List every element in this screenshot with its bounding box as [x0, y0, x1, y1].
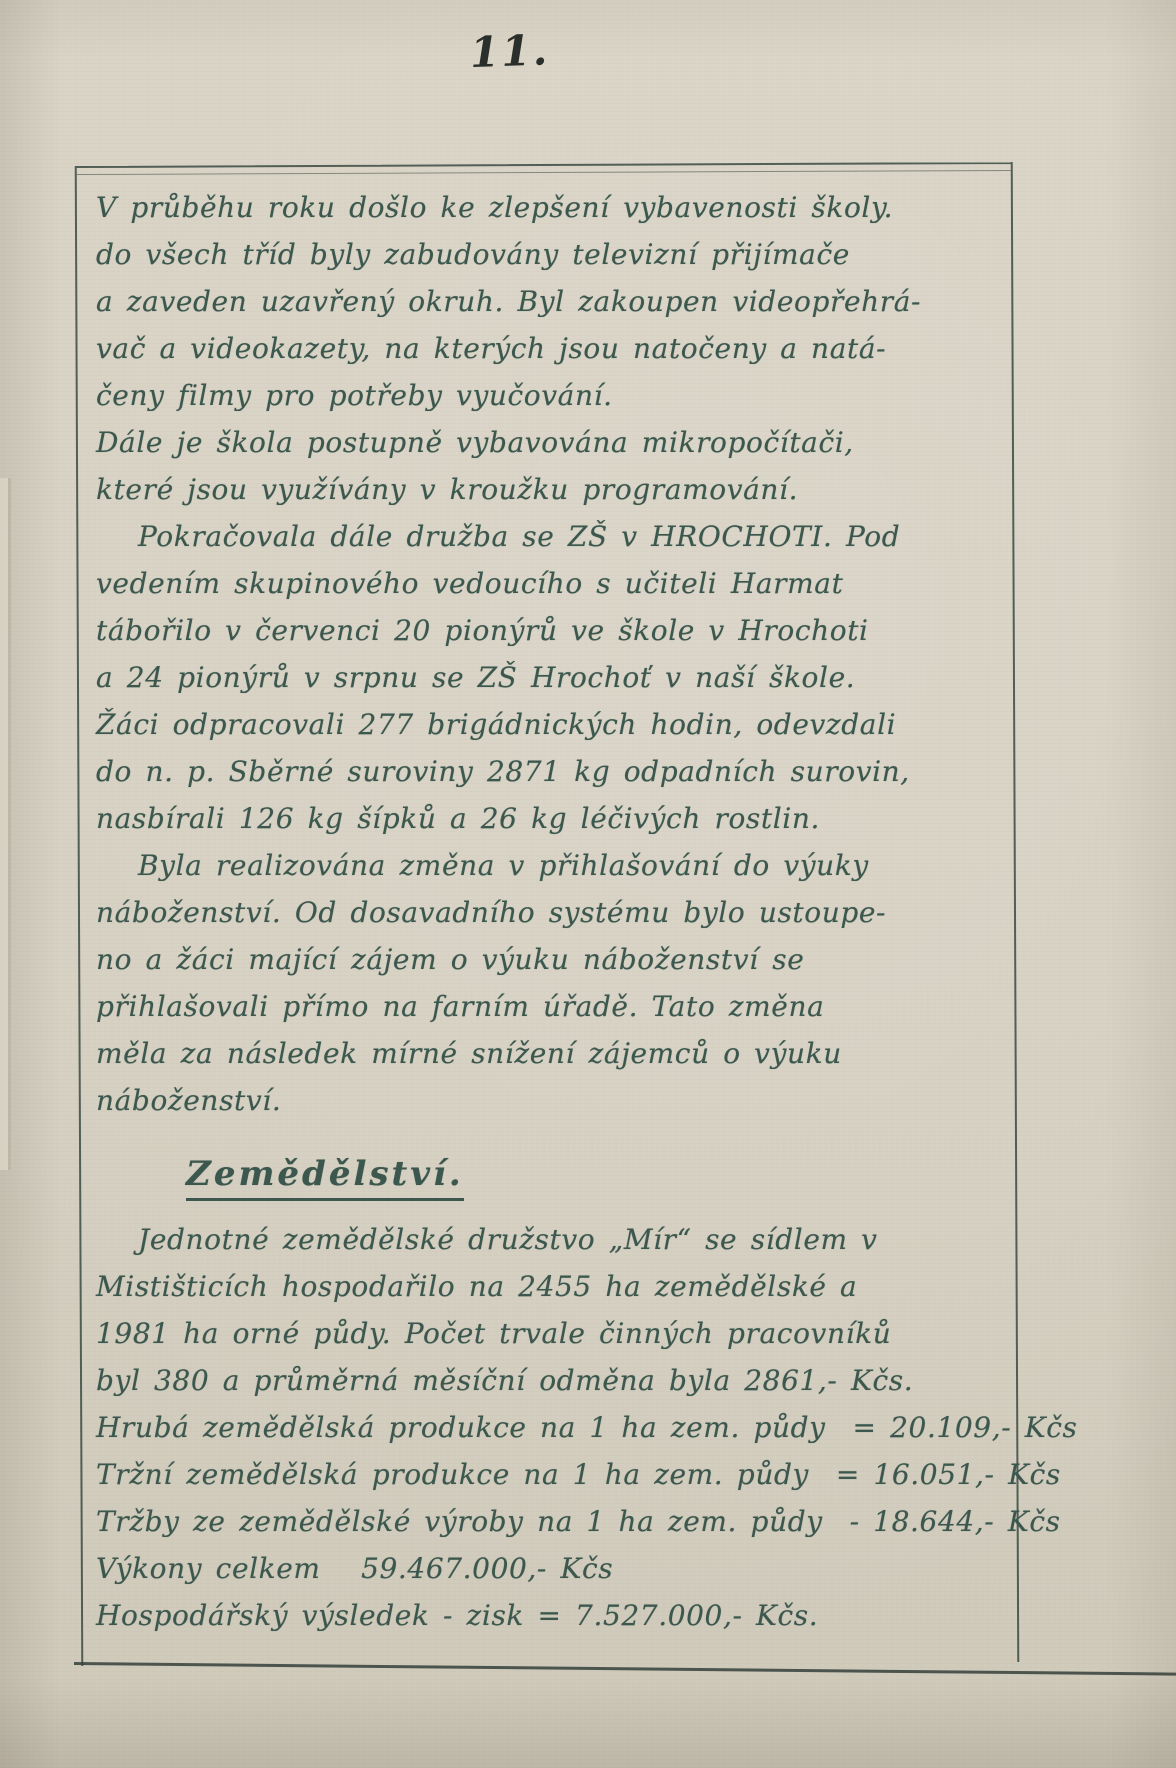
- handwritten-line: Byla realizována změna v přihlašování do…: [96, 842, 1010, 889]
- handwritten-line: do n. p. Sběrné suroviny 2871 kg odpadní…: [96, 748, 1010, 795]
- handwritten-line: tábořilo v červenci 20 pionýrů ve škole …: [96, 607, 1010, 654]
- handwritten-line: a 24 pionýrů v srpnu se ZŠ Hrochoť v naš…: [96, 654, 1010, 701]
- handwritten-line: vedením skupinového vedoucího s učiteli …: [96, 560, 1010, 607]
- handwritten-line: no a žáci mající zájem o výuku náboženst…: [96, 936, 1010, 983]
- handwritten-line: náboženství.: [96, 1077, 1010, 1124]
- handwritten-line: Mistišticích hospodařilo na 2455 ha země…: [96, 1263, 1010, 1310]
- handwritten-line: do všech tříd byly zabudovány televizní …: [96, 231, 1010, 278]
- handwritten-line: Pokračovala dále družba se ZŠ v HROCHOTI…: [96, 513, 1010, 560]
- handwritten-line: byl 380 a průměrná měsíční odměna byla 2…: [96, 1357, 1010, 1404]
- section-heading-zemedelstvi: Zemědělství.: [186, 1154, 464, 1201]
- handwritten-line: Dále je škola postupně vybavována mikrop…: [96, 419, 1010, 466]
- handwritten-line: 1981 ha orné půdy. Počet trvale činných …: [96, 1310, 1010, 1357]
- handwritten-line: čeny filmy pro potřeby vyučování.: [96, 372, 1010, 419]
- handwritten-line: Hospodářský výsledek - zisk = 7.527.000,…: [96, 1592, 1010, 1639]
- handwritten-line: a zaveden uzavřený okruh. Byl zakoupen v…: [96, 278, 1010, 325]
- handwritten-line: Hrubá zemědělská produkce na 1 ha zem. p…: [96, 1404, 1010, 1451]
- handwritten-line: které jsou využívány v kroužku programov…: [96, 466, 1010, 513]
- handwritten-line: Tržní zemědělská produkce na 1 ha zem. p…: [96, 1451, 1010, 1498]
- handwritten-line: náboženství. Od dosavadního systému bylo…: [96, 889, 1010, 936]
- chronicle-page-photo: { "page": { "number": "11.", "ink_color"…: [0, 0, 1176, 1768]
- manuscript-text: V průběhu roku došlo ke zlepšení vybaven…: [96, 184, 1010, 1639]
- handwritten-line: přihlašovali přímo na farním úřadě. Tato…: [96, 983, 1010, 1030]
- handwritten-line: Žáci odpracovali 277 brigádnických hodin…: [96, 701, 1010, 748]
- handwritten-line: měla za následek mírné snížení zájemců o…: [96, 1030, 1010, 1077]
- handwritten-line: Výkony celkem 59.467.000,- Kčs: [96, 1545, 1010, 1592]
- handwritten-line: V průběhu roku došlo ke zlepšení vybaven…: [96, 184, 1010, 231]
- handwritten-line: vač a videokazety, na kterých jsou natoč…: [96, 325, 1010, 372]
- page-number: 11.: [469, 24, 591, 77]
- handwritten-line: Jednotné zemědělské družstvo „Mír“ se sí…: [96, 1216, 1010, 1263]
- handwritten-line: nasbírali 126 kg šípků a 26 kg léčivých …: [96, 795, 1010, 842]
- underlying-page-edge: [0, 478, 13, 1170]
- handwritten-line: Tržby ze zemědělské výroby na 1 ha zem. …: [96, 1498, 1010, 1545]
